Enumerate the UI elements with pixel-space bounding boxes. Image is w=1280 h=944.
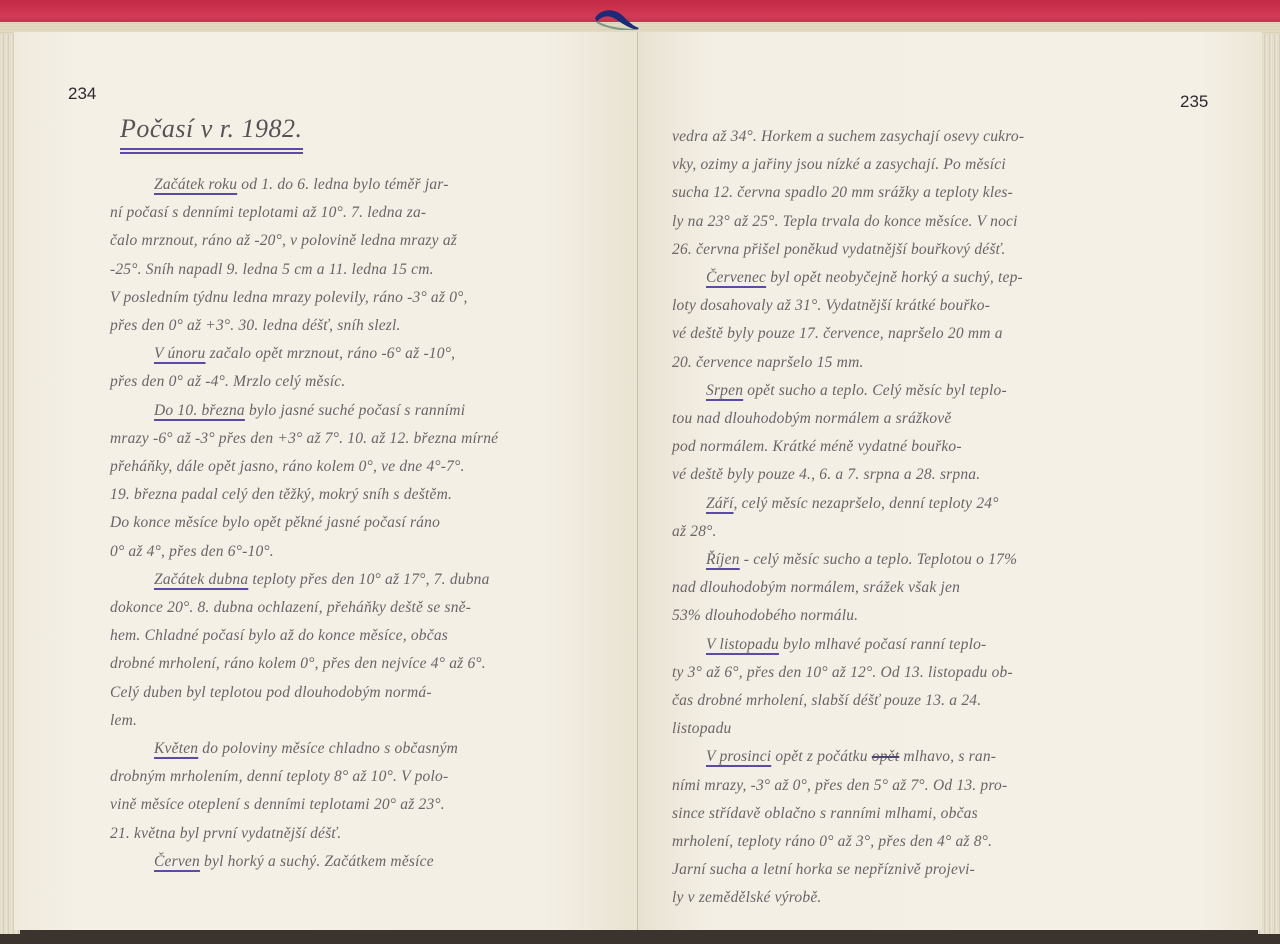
handwritten-line: přes den 0° až +3°. 30. ledna déšť, sníh… [110, 317, 401, 335]
handwritten-line: Říjen - celý měsíc sucho a teplo. Teplot… [706, 551, 1017, 569]
section-heading: Srpen [706, 382, 743, 399]
handwritten-line: listopadu [672, 720, 732, 738]
handwritten-line: Květen do poloviny měsíce chladno s obča… [154, 740, 458, 758]
handwritten-text: Začátek roku od 1. do 6. ledna bylo témě… [14, 32, 638, 930]
line-text: ly na 23° až 25°. Tepla trvala do konce … [672, 213, 1018, 230]
line-text: hem. Chladné počasí bylo až do konce měs… [110, 627, 448, 644]
handwritten-line: V listopadu bylo mlhavé počasí ranní tep… [706, 636, 986, 654]
bookmark-ribbon-icon [593, 6, 643, 30]
line-text: začalo opět mrznout, ráno -6° až -10°, [206, 345, 456, 362]
line-text: teploty přes den 10° až 17°, 7. dubna [248, 571, 489, 588]
line-text: nad dlouhodobým normálem, srážek však je… [672, 579, 960, 596]
handwritten-line: Srpen opět sucho a teplo. Celý měsíc byl… [706, 382, 1007, 400]
handwritten-line: přeháňky, dále opět jasno, ráno kolem 0°… [110, 458, 465, 476]
handwritten-line: since střídavě oblačno s ranními mlhami,… [672, 805, 978, 823]
book-spread-photo: 234 Počasí v r. 1982. Začátek roku od 1.… [0, 0, 1280, 944]
line-text: lem. [110, 712, 137, 729]
handwritten-line: 20. července napršelo 15 mm. [672, 354, 864, 372]
section-heading: Září [706, 495, 734, 512]
handwritten-line: Září, celý měsíc nezapršelo, denní teplo… [706, 495, 999, 513]
handwritten-line: lem. [110, 712, 137, 730]
handwritten-line: V únoru začalo opět mrznout, ráno -6° až… [154, 345, 455, 363]
line-text: přes den 0° až -4°. Mrzlo celý měsíc. [110, 373, 345, 390]
line-text: loty dosahovaly až 31°. Vydatnější krátk… [672, 297, 990, 314]
handwritten-line: drobné mrholení, ráno kolem 0°, přes den… [110, 655, 486, 673]
handwritten-line: ní počasí s denními teplotami až 10°. 7.… [110, 204, 426, 222]
handwritten-line: pod normálem. Krátké méně vydatné bouřko… [672, 438, 962, 456]
handwritten-line: sucha 12. června spadlo 20 mm srážky a t… [672, 184, 1013, 202]
line-text: 19. března padal celý den těžký, mokrý s… [110, 486, 452, 503]
section-heading: V únoru [154, 345, 206, 362]
section-heading: Červenec [706, 269, 766, 286]
line-text: - celý měsíc sucho a teplo. Teplotou o 1… [740, 551, 1018, 568]
line-text: 26. června přišel poněkud vydatnější bou… [672, 241, 1006, 258]
section-heading: Říjen [706, 551, 740, 568]
section-heading: V listopadu [706, 636, 779, 653]
handwritten-line: vé deště byly pouze 17. července, naprše… [672, 325, 1003, 343]
line-text: byl opět neobyčejně horký a suchý, tep- [766, 269, 1023, 286]
line-text: opět sucho a teplo. Celý měsíc byl teplo… [743, 382, 1007, 399]
handwritten-line: nad dlouhodobým normálem, srážek však je… [672, 579, 960, 597]
handwritten-line: drobným mrholením, denní teploty 8° až 1… [110, 768, 448, 786]
handwritten-line: Červenec byl opět neobyčejně horký a suc… [706, 269, 1023, 287]
line-text: od 1. do 6. ledna bylo téměř jar- [237, 176, 448, 193]
line-text: mrholení, teploty ráno 0° až 3°, přes de… [672, 833, 992, 850]
line-text: Do konce měsíce bylo opět pěkné jasné po… [110, 514, 440, 531]
line-text: ními mrazy, -3° až 0°, přes den 5° až 7°… [672, 777, 1007, 794]
line-text: byl horký a suchý. Začátkem měsíce [200, 853, 434, 870]
line-text: vedra až 34°. Horkem a suchem zasychají … [672, 128, 1024, 145]
right-page: 235 vedra až 34°. Horkem a suchem zasych… [638, 32, 1262, 930]
handwritten-line: přes den 0° až -4°. Mrzlo celý měsíc. [110, 373, 345, 391]
section-heading: Červen [154, 853, 200, 870]
handwritten-line: loty dosahovaly až 31°. Vydatnější krátk… [672, 297, 990, 315]
line-text: dokonce 20°. 8. dubna ochlazení, přeháňk… [110, 599, 471, 616]
handwritten-line: mrholení, teploty ráno 0° až 3°, přes de… [672, 833, 992, 851]
handwritten-line: vedra až 34°. Horkem a suchem zasychají … [672, 128, 1024, 146]
handwritten-line: Začátek roku od 1. do 6. ledna bylo témě… [154, 176, 449, 194]
line-text: sucha 12. června spadlo 20 mm srážky a t… [672, 184, 1013, 201]
section-heading: Začátek roku [154, 176, 237, 193]
handwritten-line: vky, ozimy a jařiny jsou nízké a zasycha… [672, 156, 1006, 174]
line-text: Jarní sucha a letní horka se nepříznivě … [672, 861, 975, 878]
line-text: ly v zemědělské výrobě. [672, 889, 821, 906]
handwritten-line: tou nad dlouhodobým normálem a srážkově [672, 410, 951, 428]
handwritten-line: ními mrazy, -3° až 0°, přes den 5° až 7°… [672, 777, 1007, 795]
line-text: -25°. Sníh napadl 9. ledna 5 cm a 11. le… [110, 261, 434, 278]
section-heading: Začátek dubna [154, 571, 248, 588]
handwritten-line: 26. června přišel poněkud vydatnější bou… [672, 241, 1006, 259]
handwritten-line: 21. května byl první vydatnější déšť. [110, 825, 341, 843]
handwritten-line: Jarní sucha a letní horka se nepříznivě … [672, 861, 975, 879]
line-text: 0° až 4°, přes den 6°-10°. [110, 543, 274, 560]
handwritten-line: hem. Chladné počasí bylo až do konce měs… [110, 627, 448, 645]
line-text: since střídavě oblačno s ranními mlhami,… [672, 805, 978, 822]
line-text: mlhavo, s ran- [899, 748, 996, 765]
handwritten-line: dokonce 20°. 8. dubna ochlazení, přeháňk… [110, 599, 471, 617]
handwritten-line: Do 10. března bylo jasné suché počasí s … [154, 402, 465, 420]
handwritten-line: čas drobné mrholení, slabší déšť pouze 1… [672, 692, 981, 710]
line-text: 21. května byl první vydatnější déšť. [110, 825, 341, 842]
line-text: listopadu [672, 720, 732, 737]
line-text: až 28°. [672, 523, 717, 540]
handwritten-line: -25°. Sníh napadl 9. ledna 5 cm a 11. le… [110, 261, 434, 279]
handwritten-line: V posledním týdnu ledna mrazy polevily, … [110, 289, 468, 307]
line-text: mrazy -6° až -3° přes den +3° až 7°. 10.… [110, 430, 498, 447]
line-text: pod normálem. Krátké méně vydatné bouřko… [672, 438, 962, 455]
line-text: vině měsíce oteplení s denními teplotami… [110, 796, 445, 813]
section-heading: Květen [154, 740, 198, 757]
line-text: 53% dlouhodobého normálu. [672, 607, 858, 624]
handwritten-line: ly na 23° až 25°. Tepla trvala do konce … [672, 213, 1018, 231]
line-text: drobné mrholení, ráno kolem 0°, přes den… [110, 655, 486, 672]
handwritten-line: Začátek dubna teploty přes den 10° až 17… [154, 571, 490, 589]
line-text: čas drobné mrholení, slabší déšť pouze 1… [672, 692, 981, 709]
handwritten-line: V prosinci opět z počátku opět mlhavo, s… [706, 748, 996, 766]
line-text: Celý duben byl teplotou pod dlouhodobým … [110, 684, 432, 701]
line-text: drobným mrholením, denní teploty 8° až 1… [110, 768, 448, 785]
handwritten-line: Do konce měsíce bylo opět pěkné jasné po… [110, 514, 440, 532]
line-text: přeháňky, dále opět jasno, ráno kolem 0°… [110, 458, 465, 475]
handwritten-line: Celý duben byl teplotou pod dlouhodobým … [110, 684, 432, 702]
handwritten-line: Červen byl horký a suchý. Začátkem měsíc… [154, 853, 434, 871]
line-text: vé deště byly pouze 4., 6. a 7. srpna a … [672, 466, 980, 483]
line-text: 20. července napršelo 15 mm. [672, 354, 864, 371]
line-text: do poloviny měsíce chladno s občasným [198, 740, 458, 757]
handwritten-text: vedra až 34°. Horkem a suchem zasychají … [638, 32, 1262, 930]
handwritten-line: ly v zemědělské výrobě. [672, 889, 821, 907]
struck-word: opět [872, 748, 900, 765]
line-text: bylo jasné suché počasí s ranními [245, 402, 465, 419]
line-text: opět z počátku [771, 748, 871, 765]
handwritten-line: ty 3° až 6°, přes den 10° až 12°. Od 13.… [672, 664, 1013, 682]
line-text: vky, ozimy a jařiny jsou nízké a zasycha… [672, 156, 1006, 173]
handwritten-line: 53% dlouhodobého normálu. [672, 607, 858, 625]
handwritten-line: čalo mrznout, ráno až -20°, v polovině l… [110, 232, 457, 250]
handwritten-line: mrazy -6° až -3° přes den +3° až 7°. 10.… [110, 430, 498, 448]
line-text: vé deště byly pouze 17. července, naprše… [672, 325, 1003, 342]
section-heading: V prosinci [706, 748, 771, 765]
line-text: čalo mrznout, ráno až -20°, v polovině l… [110, 232, 457, 249]
section-heading: Do 10. března [154, 402, 245, 419]
line-text: ní počasí s denními teplotami až 10°. 7.… [110, 204, 426, 221]
line-text: přes den 0° až +3°. 30. ledna déšť, sníh… [110, 317, 401, 334]
line-text: bylo mlhavé počasí ranní teplo- [779, 636, 986, 653]
handwritten-line: 19. března padal celý den těžký, mokrý s… [110, 486, 452, 504]
line-text: tou nad dlouhodobým normálem a srážkově [672, 410, 951, 427]
line-text: V posledním týdnu ledna mrazy polevily, … [110, 289, 468, 306]
handwritten-line: vině měsíce oteplení s denními teplotami… [110, 796, 445, 814]
handwritten-line: až 28°. [672, 523, 717, 541]
left-page: 234 Počasí v r. 1982. Začátek roku od 1.… [14, 32, 638, 930]
open-book: 234 Počasí v r. 1982. Začátek roku od 1.… [0, 30, 1280, 935]
handwritten-line: vé deště byly pouze 4., 6. a 7. srpna a … [672, 466, 980, 484]
line-text: , celý měsíc nezapršelo, denní teploty 2… [734, 495, 999, 512]
handwritten-line: 0° až 4°, přes den 6°-10°. [110, 543, 274, 561]
line-text: ty 3° až 6°, přes den 10° až 12°. Od 13.… [672, 664, 1013, 681]
